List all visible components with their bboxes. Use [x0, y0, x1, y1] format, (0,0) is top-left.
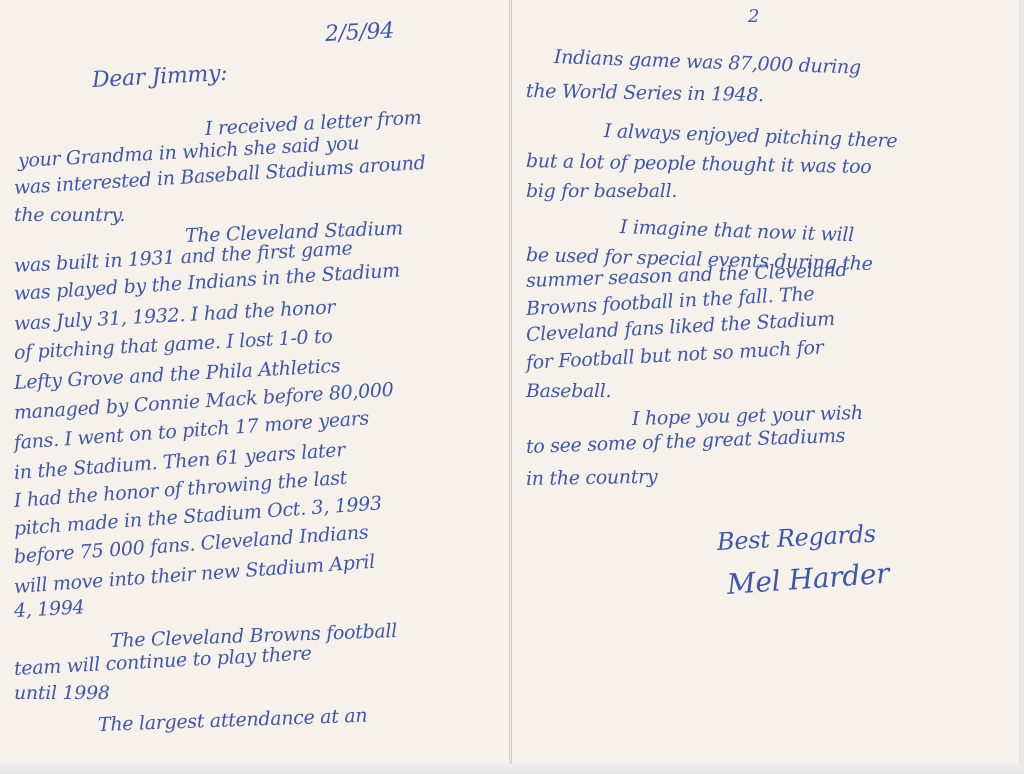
letter-line: to see some of the great Stadiums — [526, 425, 846, 458]
salutation: Dear Jimmy: — [91, 61, 228, 93]
letter-line: 4, 1994 — [13, 596, 84, 622]
letter-line: Indians game was 87,000 during — [554, 46, 862, 79]
signature: Mel Harder — [726, 557, 890, 601]
letter-line: the country. — [14, 204, 125, 226]
letter-line: but a lot of people thought it was too — [526, 150, 872, 178]
closing: Best Regards — [716, 520, 876, 556]
letter-date: 2/5/94 — [324, 18, 394, 47]
letter-line: The largest attendance at an — [98, 705, 368, 736]
letter-line: in the country — [526, 466, 658, 490]
letter-page-1: 2/5/94 Dear Jimmy: I received a letter f… — [0, 0, 510, 764]
letter-line: big for baseball. — [526, 180, 677, 202]
scanner-bed-edge — [0, 764, 1024, 774]
letter-line: until 1998 — [14, 682, 110, 704]
letter-page-2: 2 Indians game was 87,000 during the Wor… — [511, 0, 1020, 764]
letter-line: the World Series in 1948. — [526, 80, 764, 106]
letter-line: I imagine that now it will — [620, 216, 855, 246]
letter-line: I always enjoyed pitching there — [604, 120, 898, 152]
page-number: 2 — [748, 6, 759, 27]
letter-line: Baseball. — [526, 380, 611, 402]
